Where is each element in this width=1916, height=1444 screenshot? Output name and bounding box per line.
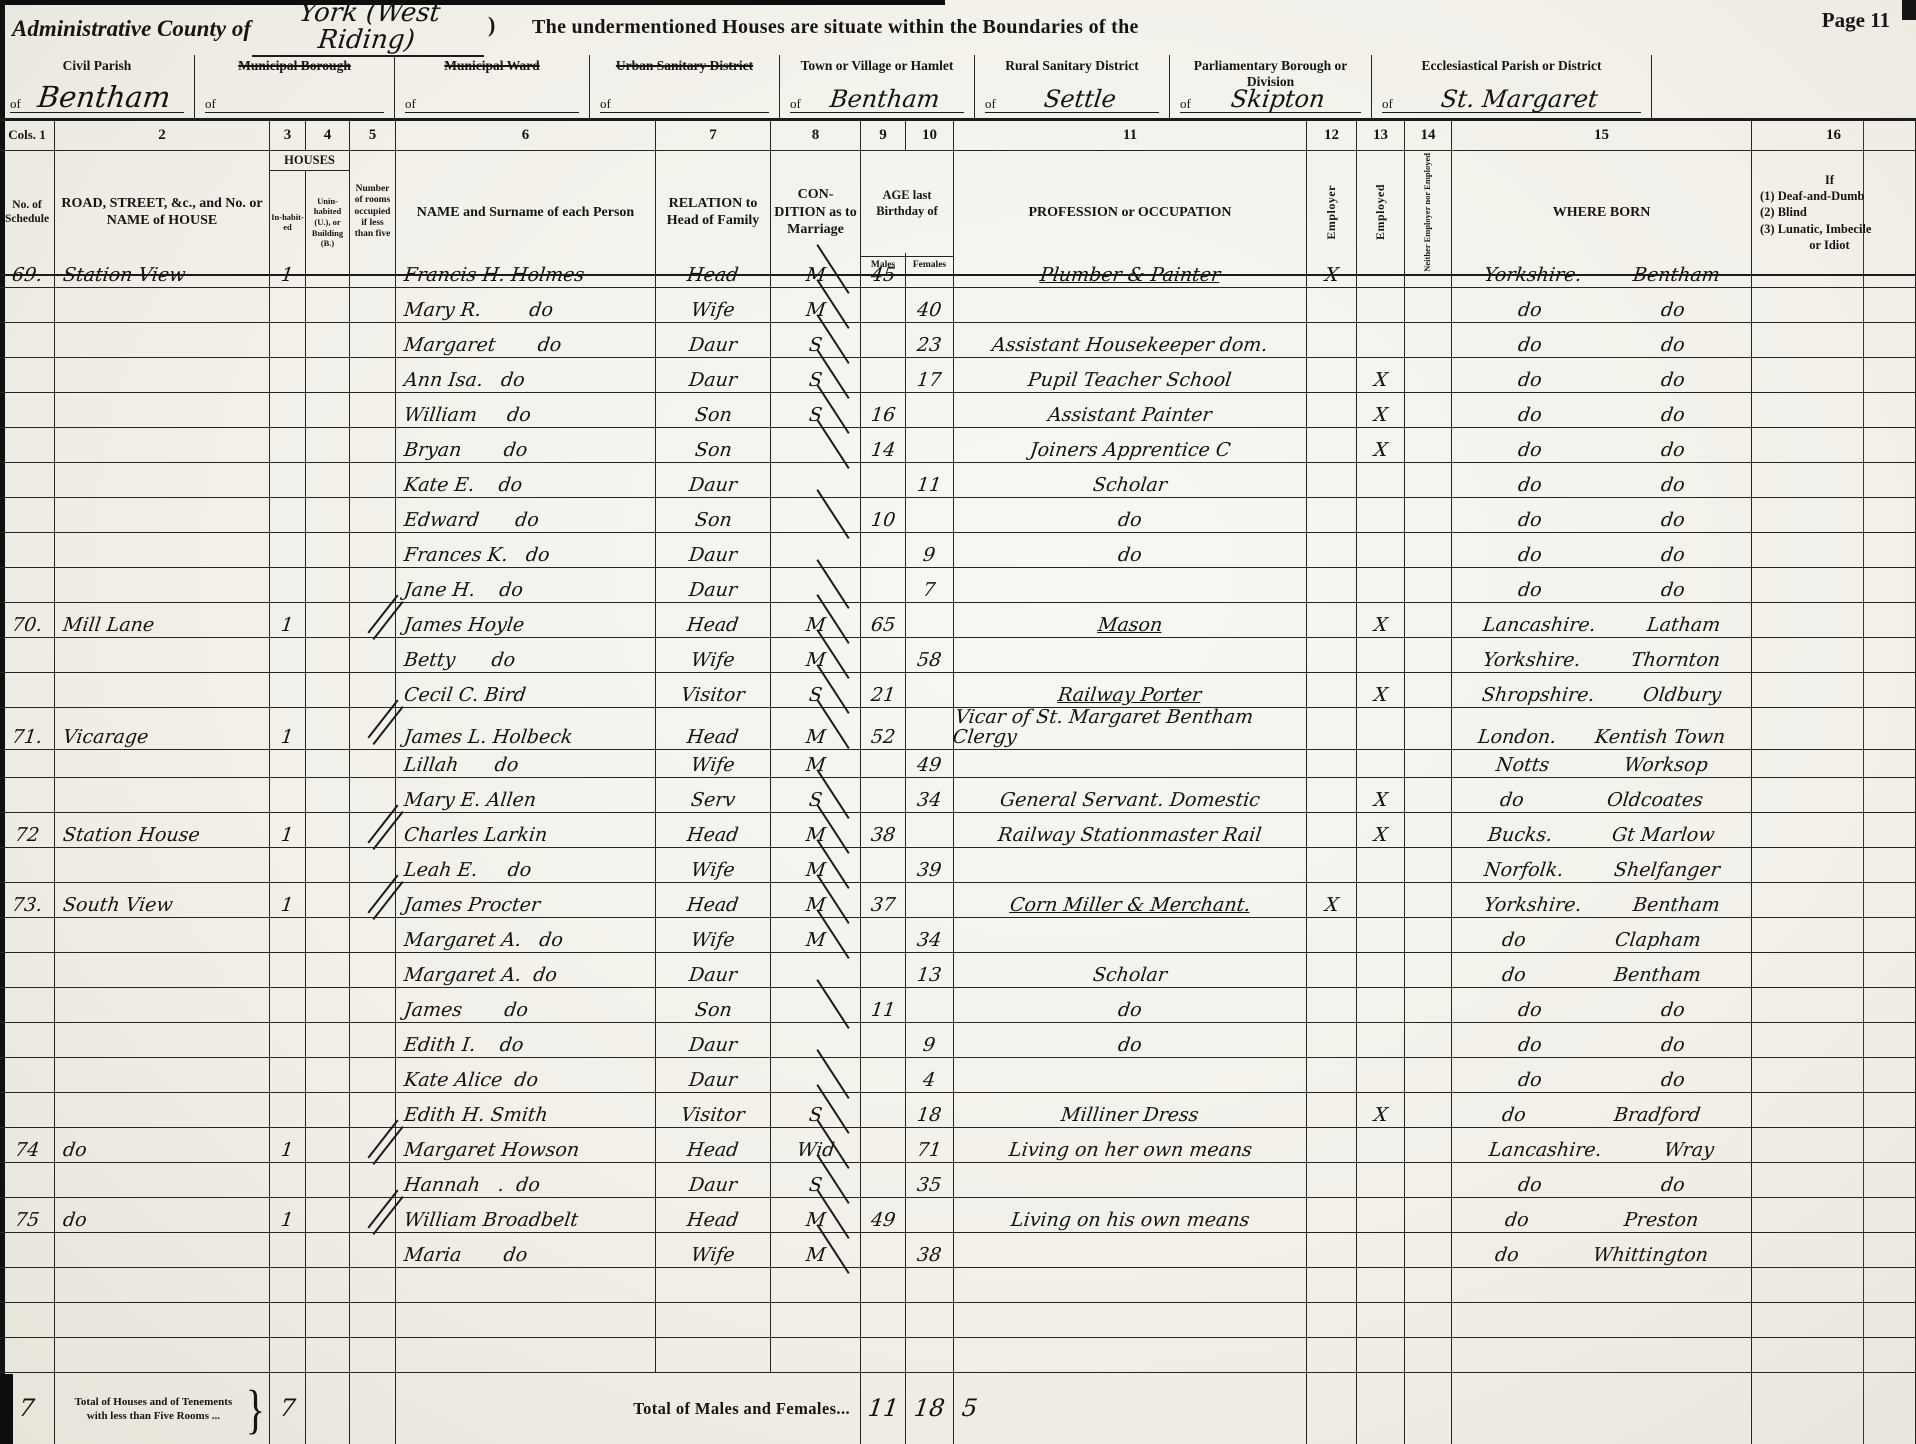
neither-mark	[1405, 953, 1452, 988]
marital-condition	[771, 1338, 861, 1373]
house-name	[55, 848, 270, 883]
neither-mark	[1405, 673, 1452, 708]
relation: Serv	[656, 778, 771, 813]
employer-mark	[1307, 1093, 1357, 1128]
age-male: 38	[861, 813, 906, 848]
neither-mark	[1405, 1268, 1452, 1303]
house-name	[55, 1303, 270, 1338]
empty-cell	[306, 1373, 350, 1444]
occupation	[954, 743, 1307, 778]
schedule-number	[0, 1268, 55, 1303]
table-row: Kate Alice doDaur4dodo	[0, 1058, 1916, 1093]
house-name	[55, 533, 270, 568]
col-number: 3	[270, 121, 306, 151]
occupation: General Servant. Domestic	[954, 778, 1307, 813]
column-headers-row: No. of Schedule ROAD, STREET, &c., and N…	[0, 151, 1916, 253]
birthplace: dodo	[1452, 498, 1752, 533]
employer-mark	[1307, 988, 1357, 1023]
uninhabited-mark	[306, 918, 350, 953]
rooms-value	[350, 1093, 396, 1128]
infirmity	[1752, 778, 1916, 813]
table-row: Frances K. doDaur9dododo	[0, 533, 1916, 568]
occupation	[954, 1163, 1307, 1198]
house-name	[55, 358, 270, 393]
relation: Wife	[656, 1233, 771, 1268]
neither-mark	[1405, 288, 1452, 323]
table-row: 73.South View1James ProcterHeadM37Corn M…	[0, 883, 1916, 918]
relation	[656, 1268, 771, 1303]
age-female	[906, 498, 954, 533]
employer-mark	[1307, 1058, 1357, 1093]
rooms-value	[350, 1268, 396, 1303]
infirmity	[1752, 1128, 1916, 1163]
uninhabited-mark	[306, 953, 350, 988]
records-table: Cols. 1 2 3 4 5 6 7 8 9 10 11 12 13 14 1…	[0, 118, 1916, 1444]
relation: Wife	[656, 288, 771, 323]
relation: Head	[656, 253, 771, 288]
infirmity	[1752, 603, 1916, 638]
schedule-number	[0, 778, 55, 813]
table-row	[0, 1303, 1916, 1338]
inhabited-mark	[270, 638, 306, 673]
relation: Daur	[656, 463, 771, 498]
employer-mark	[1307, 428, 1357, 463]
infirmity	[1752, 883, 1916, 918]
marital-condition: Wid	[771, 1128, 861, 1163]
age-male	[861, 918, 906, 953]
inhabited-mark	[270, 848, 306, 883]
col-number: 7	[656, 121, 771, 151]
table-row: Kate E. doDaur11Scholardodo	[0, 463, 1916, 498]
age-female: 9	[906, 1023, 954, 1058]
uninhabited-mark	[306, 288, 350, 323]
schedule-number	[0, 673, 55, 708]
uninhabited-mark	[306, 1163, 350, 1198]
employer-mark	[1307, 358, 1357, 393]
rooms-value	[350, 1303, 396, 1338]
relation: Visitor	[656, 1093, 771, 1128]
brace-glyph: }	[246, 1377, 265, 1440]
house-name	[55, 1268, 270, 1303]
house-name	[55, 918, 270, 953]
occupation	[954, 918, 1307, 953]
schedule-number	[0, 1303, 55, 1338]
employer-mark	[1307, 1163, 1357, 1198]
employer-mark	[1307, 498, 1357, 533]
form-header: Administrative County of York (West Ridi…	[0, 0, 1916, 55]
marital-condition	[771, 428, 861, 463]
inhabited-mark: 1	[270, 883, 306, 918]
uninhabited-mark	[306, 673, 350, 708]
schedule-number	[0, 498, 55, 533]
age-male	[861, 1093, 906, 1128]
occupation: Living on his own means	[954, 1198, 1307, 1233]
neither-mark	[1405, 603, 1452, 638]
occupation: do	[954, 498, 1307, 533]
inhabited-mark	[270, 1023, 306, 1058]
marital-condition	[771, 1058, 861, 1093]
relation: Son	[656, 393, 771, 428]
person-name: James Procter	[396, 883, 656, 918]
age-male: 45	[861, 253, 906, 288]
employed-mark: X	[1357, 358, 1405, 393]
infirmity	[1752, 253, 1916, 288]
birthplace: dodo	[1452, 393, 1752, 428]
field-urban-sanitary-district: Urban Sanitary District of	[590, 55, 780, 118]
age-male	[861, 533, 906, 568]
relation: Wife	[656, 638, 771, 673]
age-female: 23	[906, 323, 954, 358]
table-row: Maria doWifeM38doWhittington	[0, 1233, 1916, 1268]
house-name	[55, 463, 270, 498]
employed-mark	[1357, 1303, 1405, 1338]
age-male	[861, 1128, 906, 1163]
person-name: Edith I. do	[396, 1023, 656, 1058]
occupation: Scholar	[954, 463, 1307, 498]
table-row: Edward doSon10dododo	[0, 498, 1916, 533]
marital-condition: M	[771, 288, 861, 323]
uninhabited-mark	[306, 428, 350, 463]
infirmity	[1752, 1023, 1916, 1058]
employer-mark	[1307, 953, 1357, 988]
person-name: Margaret do	[396, 323, 656, 358]
relation: Head	[656, 1128, 771, 1163]
rooms-value	[350, 428, 396, 463]
infirmity	[1752, 988, 1916, 1023]
age-female: 13	[906, 953, 954, 988]
schedule-number	[0, 918, 55, 953]
houses-total-label: Total of Houses and of Tenements with le…	[63, 1395, 244, 1424]
age-male	[861, 638, 906, 673]
house-name	[55, 1093, 270, 1128]
table-row: Betty doWifeM58Yorkshire.Thornton	[0, 638, 1916, 673]
birthplace: NottsWorksop	[1452, 743, 1752, 778]
relation: Daur	[656, 323, 771, 358]
person-name: Mary E. Allen	[396, 778, 656, 813]
neither-mark	[1405, 813, 1452, 848]
occupation: Living on her own means	[954, 1128, 1307, 1163]
birthplace	[1452, 1303, 1752, 1338]
age-female	[906, 813, 954, 848]
uninhabited-mark	[306, 813, 350, 848]
age-female	[906, 428, 954, 463]
age-male	[861, 778, 906, 813]
table-row: 70.Mill Lane1James HoyleHeadM65MasonXLan…	[0, 603, 1916, 638]
person-name: Kate Alice do	[396, 1058, 656, 1093]
infirmity	[1752, 1303, 1916, 1338]
inhabited-mark	[270, 778, 306, 813]
uninhabited-mark	[306, 1303, 350, 1338]
table-row: Lillah doWifeM49NottsWorksop	[0, 743, 1916, 778]
uninhabited-mark	[306, 533, 350, 568]
person-name: Maria do	[396, 1233, 656, 1268]
age-male	[861, 1233, 906, 1268]
person-name: Margaret Howson	[396, 1128, 656, 1163]
occupation	[954, 638, 1307, 673]
infirmity	[1752, 1268, 1916, 1303]
marital-condition	[771, 568, 861, 603]
col-number: 9	[861, 121, 906, 151]
neither-mark	[1405, 1093, 1452, 1128]
inhabited-mark	[270, 1268, 306, 1303]
age-female: 39	[906, 848, 954, 883]
schedule-number	[0, 1093, 55, 1128]
marital-condition	[771, 1303, 861, 1338]
employer-mark	[1307, 393, 1357, 428]
birthplace: dodo	[1452, 463, 1752, 498]
inhabited-mark	[270, 393, 306, 428]
employed-mark: X	[1357, 603, 1405, 638]
marital-condition: S	[771, 1163, 861, 1198]
age-male: 21	[861, 673, 906, 708]
schedule-number	[0, 953, 55, 988]
schedule-number: 74	[0, 1128, 55, 1163]
age-male: 10	[861, 498, 906, 533]
house-name	[55, 638, 270, 673]
inhabited-mark	[270, 568, 306, 603]
inhabited-mark	[270, 1303, 306, 1338]
infirmity	[1752, 918, 1916, 953]
inhabited-mark	[270, 1163, 306, 1198]
age-female: 4	[906, 1058, 954, 1093]
employed-mark	[1357, 253, 1405, 288]
empty-cell	[1405, 1373, 1452, 1444]
age-male: 11	[861, 988, 906, 1023]
house-name	[55, 1233, 270, 1268]
age-female	[906, 988, 954, 1023]
employer-mark	[1307, 1233, 1357, 1268]
age-female: 38	[906, 1233, 954, 1268]
table-row: 69.Station View1Francis H. HolmesHeadM45…	[0, 253, 1916, 288]
employed-mark	[1357, 533, 1405, 568]
occupation: Assistant Painter	[954, 393, 1307, 428]
employer-mark	[1307, 1338, 1357, 1373]
person-name: William do	[396, 393, 656, 428]
infirmity	[1752, 568, 1916, 603]
person-name: James do	[396, 988, 656, 1023]
relation: Head	[656, 883, 771, 918]
infirmity	[1752, 1338, 1916, 1373]
uninhabited-mark	[306, 778, 350, 813]
header-age: AGE last Birthday of	[861, 151, 953, 256]
rooms-value	[350, 288, 396, 323]
employer-mark	[1307, 1198, 1357, 1233]
rooms-value	[350, 778, 396, 813]
age-female	[906, 253, 954, 288]
relation: Son	[656, 988, 771, 1023]
infirmity	[1752, 323, 1916, 358]
employed-mark	[1357, 1198, 1405, 1233]
person-name	[396, 1268, 656, 1303]
occupation	[954, 1338, 1307, 1373]
house-name: Station House	[55, 813, 270, 848]
marital-condition: S	[771, 323, 861, 358]
birthplace: dodo	[1452, 1058, 1752, 1093]
age-male	[861, 1338, 906, 1373]
table-row: Ann Isa. doDaurS17Pupil Teacher SchoolXd…	[0, 358, 1916, 393]
age-male	[861, 1023, 906, 1058]
inhabited-mark	[270, 428, 306, 463]
house-name	[55, 988, 270, 1023]
relation: Daur	[656, 358, 771, 393]
birthplace: Yorkshire.Bentham	[1452, 883, 1752, 918]
person-name: Jane H. do	[396, 568, 656, 603]
employer-mark: X	[1307, 253, 1357, 288]
marital-condition	[771, 988, 861, 1023]
age-female: 34	[906, 918, 954, 953]
marital-condition: M	[771, 1233, 861, 1268]
person-name: Lillah do	[396, 743, 656, 778]
uninhabited-mark	[306, 1338, 350, 1373]
age-female: 34	[906, 778, 954, 813]
age-female	[906, 1198, 954, 1233]
birthplace: Lancashire.Wray	[1452, 1128, 1752, 1163]
houses-total-cell: Total of Houses and of Tenements with le…	[55, 1373, 270, 1444]
house-name	[55, 1058, 270, 1093]
employed-mark	[1357, 988, 1405, 1023]
relation: Wife	[656, 743, 771, 778]
employer-mark	[1307, 603, 1357, 638]
age-female: 17	[906, 358, 954, 393]
employed-mark: X	[1357, 1093, 1405, 1128]
census-form: Administrative County of York (West Ridi…	[0, 0, 1916, 1444]
uninhabited-mark	[306, 463, 350, 498]
uninhabited-mark	[306, 1023, 350, 1058]
totals-schedule: 7	[0, 1373, 55, 1444]
table-row: William doSonS16Assistant PainterXdodo	[0, 393, 1916, 428]
house-name	[55, 673, 270, 708]
house-name	[55, 743, 270, 778]
person-name: Charles Larkin	[396, 813, 656, 848]
age-female: 11	[906, 463, 954, 498]
birthplace: dodo	[1452, 533, 1752, 568]
age-male	[861, 1303, 906, 1338]
occupation: Scholar	[954, 953, 1307, 988]
occupation: Milliner Dress	[954, 1093, 1307, 1128]
page-number: Page 11	[1822, 8, 1890, 33]
occupation: Mason	[954, 603, 1307, 638]
schedule-number	[0, 323, 55, 358]
occupation: do	[954, 533, 1307, 568]
person-name: Francis H. Holmes	[396, 253, 656, 288]
schedule-number	[0, 358, 55, 393]
marital-condition: M	[771, 253, 861, 288]
age-male: 37	[861, 883, 906, 918]
age-female: 40	[906, 288, 954, 323]
rooms-value	[350, 673, 396, 708]
infirmity	[1752, 638, 1916, 673]
occupation: Assistant Housekeeper dom.	[954, 323, 1307, 358]
employer-mark	[1307, 673, 1357, 708]
inhabited-mark	[270, 988, 306, 1023]
inhabited-mark	[270, 1058, 306, 1093]
marital-condition	[771, 1023, 861, 1058]
birthplace: dodo	[1452, 988, 1752, 1023]
age-female: 71	[906, 1128, 954, 1163]
birthplace: doBradford	[1452, 1093, 1752, 1128]
age-female: 18	[906, 1093, 954, 1128]
table-row: Mary E. AllenServS34General Servant. Dom…	[0, 778, 1916, 813]
uninhabited-mark	[306, 253, 350, 288]
occupation	[954, 1303, 1307, 1338]
header-houses: HOUSES	[270, 151, 349, 171]
age-male: 16	[861, 393, 906, 428]
inhabited-mark	[270, 498, 306, 533]
table-row: Edith I. doDaur9dododo	[0, 1023, 1916, 1058]
schedule-number	[0, 288, 55, 323]
field-rural-sanitary-district: Rural Sanitary District ofSettle	[975, 55, 1170, 118]
schedule-number	[0, 743, 55, 778]
col-number: 5	[350, 121, 396, 151]
birthplace: Yorkshire.Thornton	[1452, 638, 1752, 673]
age-male	[861, 358, 906, 393]
age-female: 58	[906, 638, 954, 673]
uninhabited-mark	[306, 323, 350, 358]
house-name	[55, 428, 270, 463]
houses-total-value: 7	[270, 1373, 306, 1444]
neither-mark	[1405, 988, 1452, 1023]
rooms-value	[350, 1128, 396, 1163]
empty-cell	[1752, 1373, 1916, 1444]
employed-mark	[1357, 1163, 1405, 1198]
relation: Head	[656, 1198, 771, 1233]
employed-mark	[1357, 1023, 1405, 1058]
table-row: Hannah . doDaurS35dodo	[0, 1163, 1916, 1198]
neither-mark	[1405, 568, 1452, 603]
birthplace: doPreston	[1452, 1198, 1752, 1233]
age-female: 35	[906, 1163, 954, 1198]
neither-mark	[1405, 778, 1452, 813]
table-row: 71.Vicarage1James L. HolbeckHeadM52Vicar…	[0, 708, 1916, 743]
employed-mark	[1357, 918, 1405, 953]
birthplace: Lancashire.Latham	[1452, 603, 1752, 638]
relation: Visitor	[656, 673, 771, 708]
neither-mark	[1405, 533, 1452, 568]
schedule-number	[0, 1233, 55, 1268]
inhabited-mark	[270, 953, 306, 988]
infirmity	[1752, 1093, 1916, 1128]
inhabited-mark: 1	[270, 253, 306, 288]
birthplace	[1452, 1338, 1752, 1373]
relation: Head	[656, 603, 771, 638]
neither-mark	[1405, 358, 1452, 393]
marital-condition: S	[771, 1093, 861, 1128]
schedule-number	[0, 988, 55, 1023]
inhabited-mark	[270, 1233, 306, 1268]
table-row: Mary R. doWifeM40dodo	[0, 288, 1916, 323]
employed-mark	[1357, 498, 1405, 533]
field-filler	[1652, 55, 1916, 118]
age-female	[906, 1338, 954, 1373]
birthplace: Shropshire.Oldbury	[1452, 673, 1752, 708]
inhabited-mark	[270, 743, 306, 778]
employed-mark	[1357, 463, 1405, 498]
occupation	[954, 568, 1307, 603]
schedule-number: 75	[0, 1198, 55, 1233]
neither-mark	[1405, 1023, 1452, 1058]
neither-mark	[1405, 883, 1452, 918]
admin-county-label: Administrative County of	[12, 16, 251, 42]
employed-mark	[1357, 883, 1405, 918]
person-name: Margaret A. do	[396, 953, 656, 988]
table-row: Edith H. SmithVisitorS18Milliner DressXd…	[0, 1093, 1916, 1128]
males-females-total-label: Total of Males and Females...	[396, 1373, 861, 1444]
age-female	[906, 883, 954, 918]
inhabited-mark	[270, 673, 306, 708]
col-number: 2	[55, 121, 270, 151]
marital-condition: S	[771, 393, 861, 428]
col-number: 8	[771, 121, 861, 151]
